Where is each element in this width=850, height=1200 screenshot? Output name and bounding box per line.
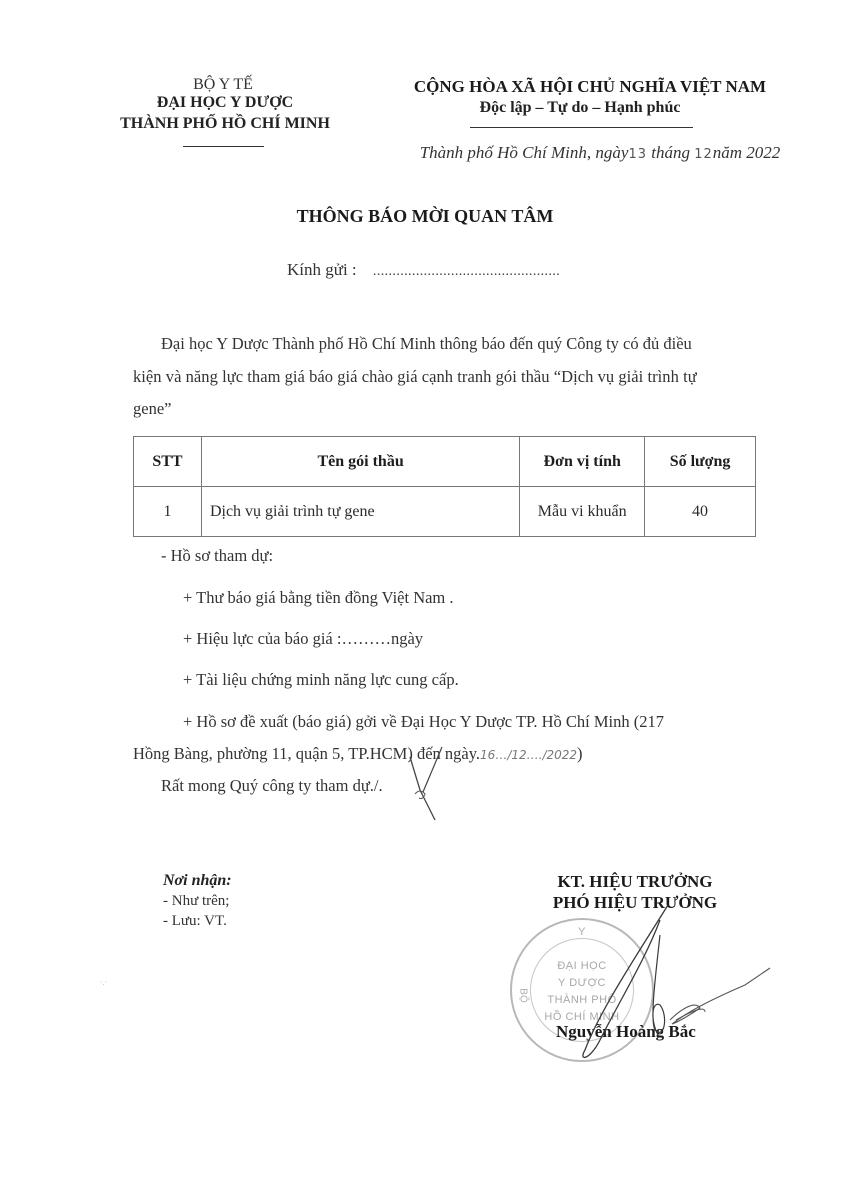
documents-item-3: + Tài liệu chứng minh năng lực cung cấp. [183,670,459,690]
cell-unit: Mẫu vi khuẩn [520,487,645,537]
left-header-divider [183,146,264,147]
stamp-side-text: BỘ [518,988,529,1002]
cell-package-name: Dịch vụ giải trình tự gene [201,487,519,537]
dateline-day-handwritten: 13 [628,147,647,162]
cell-quantity: 40 [645,487,756,537]
documents-item-1: + Thư báo giá bằng tiền đồng Việt Nam . [183,588,454,608]
stamp-line-3: THÀNH PHỐ [530,994,634,1006]
signatory-role-line1: KT. HIỆU TRƯỞNG [520,872,750,892]
intro-line-1: Đại học Y Dược Thành phố Hồ Chí Minh thô… [161,334,692,354]
intro-line-3: gene” [133,399,171,419]
dateline: Thành phố Hồ Chí Minh, ngày13 tháng 12nă… [400,143,800,163]
column-header-unit: Đơn vị tính [520,437,645,487]
dateline-prefix: Thành phố Hồ Chí Minh, ngày [420,143,629,162]
national-title: CỘNG HÒA XÃ HỘI CHỦ NGHĨA VIỆT NAM [380,77,800,97]
column-header-package-name: Tên gói thầu [201,437,519,487]
dateline-month-handwritten: 12 [694,147,713,162]
greeting-label: Kính gửi : [287,260,357,279]
document-title: THÔNG BÁO MỜI QUAN TÂM [200,206,650,227]
table-row: 1 Dịch vụ giải trình tự gene Mẫu vi khuẩ… [134,487,756,537]
national-motto: Độc lập – Tự do – Hạnh phúc [440,99,720,117]
stamp-top-text: Y [530,926,634,938]
bid-package-table: STT Tên gói thầu Đơn vị tính Số lượng 1 … [133,436,756,537]
submission-line-2: Hồng Bàng, phường 11, quận 5, TP.HCM) đế… [133,744,583,764]
dateline-month-label: tháng [651,143,690,162]
recipients-heading: Nơi nhận: [163,872,232,890]
table-header-row: STT Tên gói thầu Đơn vị tính Số lượng [134,437,756,487]
recipient-blank: ........................................… [373,264,560,279]
column-header-quantity: Số lượng [645,437,756,487]
signatory-role-line2: PHÓ HIỆU TRƯỞNG [520,893,750,913]
column-header-stt: STT [134,437,202,487]
cell-stt: 1 [134,487,202,537]
dateline-year: năm 2022 [713,143,781,162]
stamp-line-1: ĐẠI HỌC [530,960,634,972]
scan-speck: ·.· [100,978,107,987]
intro-line-2: kiện và năng lực tham giá báo giá chào g… [133,367,697,387]
submission-address: Hồng Bàng, phường 11, quận 5, TP.HCM) đế… [133,744,480,763]
ministry-name: BỘ Y TẾ [150,76,296,94]
submission-line-1: + Hồ sơ đề xuất (báo giá) gởi về Đại Học… [183,712,664,732]
documents-item-2: + Hiệu lực của báo giá :………ngày [183,629,423,649]
submission-deadline-handwritten: 16…/12…./2022 [480,748,577,762]
stamp-line-2: Y DƯỢC [530,977,634,989]
right-header-divider [470,127,693,128]
documents-heading: - Hồ sơ tham dự: [161,546,273,566]
greeting: Kính gửi : .............................… [287,260,560,280]
university-name-line1: ĐẠI HỌC Y DƯỢC [100,94,350,112]
recipient-item-1: - Như trên; [163,893,229,910]
closing-line: Rất mong Quý công ty tham dự./. [161,776,383,796]
university-name-line2: THÀNH PHỐ HỒ CHÍ MINH [100,115,350,133]
signatory-name: Nguyễn Hoàng Bắc [556,1022,696,1042]
submission-close-paren: ) [577,744,583,763]
recipient-item-2: - Lưu: VT. [163,913,227,930]
